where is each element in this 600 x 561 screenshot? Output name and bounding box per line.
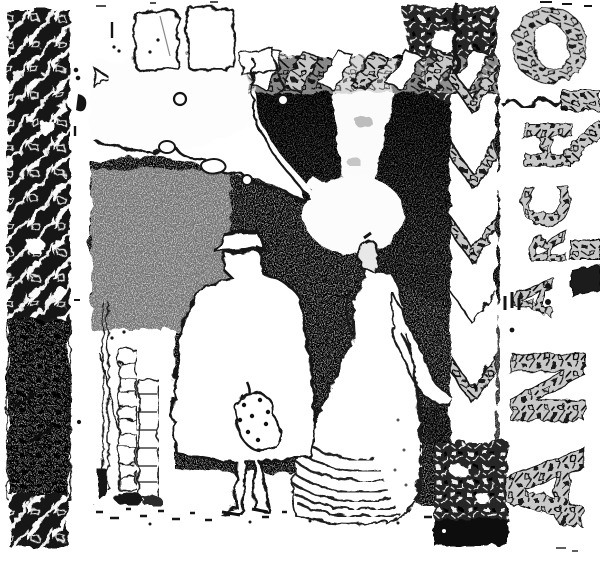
letter-a-large: A (484, 450, 600, 531)
letter-c: C (509, 185, 582, 231)
left-border-collage (6, 8, 68, 548)
letter-n: N (490, 346, 600, 430)
letter-r: R (520, 232, 574, 267)
woman-head (358, 240, 377, 270)
ruined-building-sketch (89, 300, 173, 528)
album-art-collage: O H C R A N A (0, 0, 600, 561)
